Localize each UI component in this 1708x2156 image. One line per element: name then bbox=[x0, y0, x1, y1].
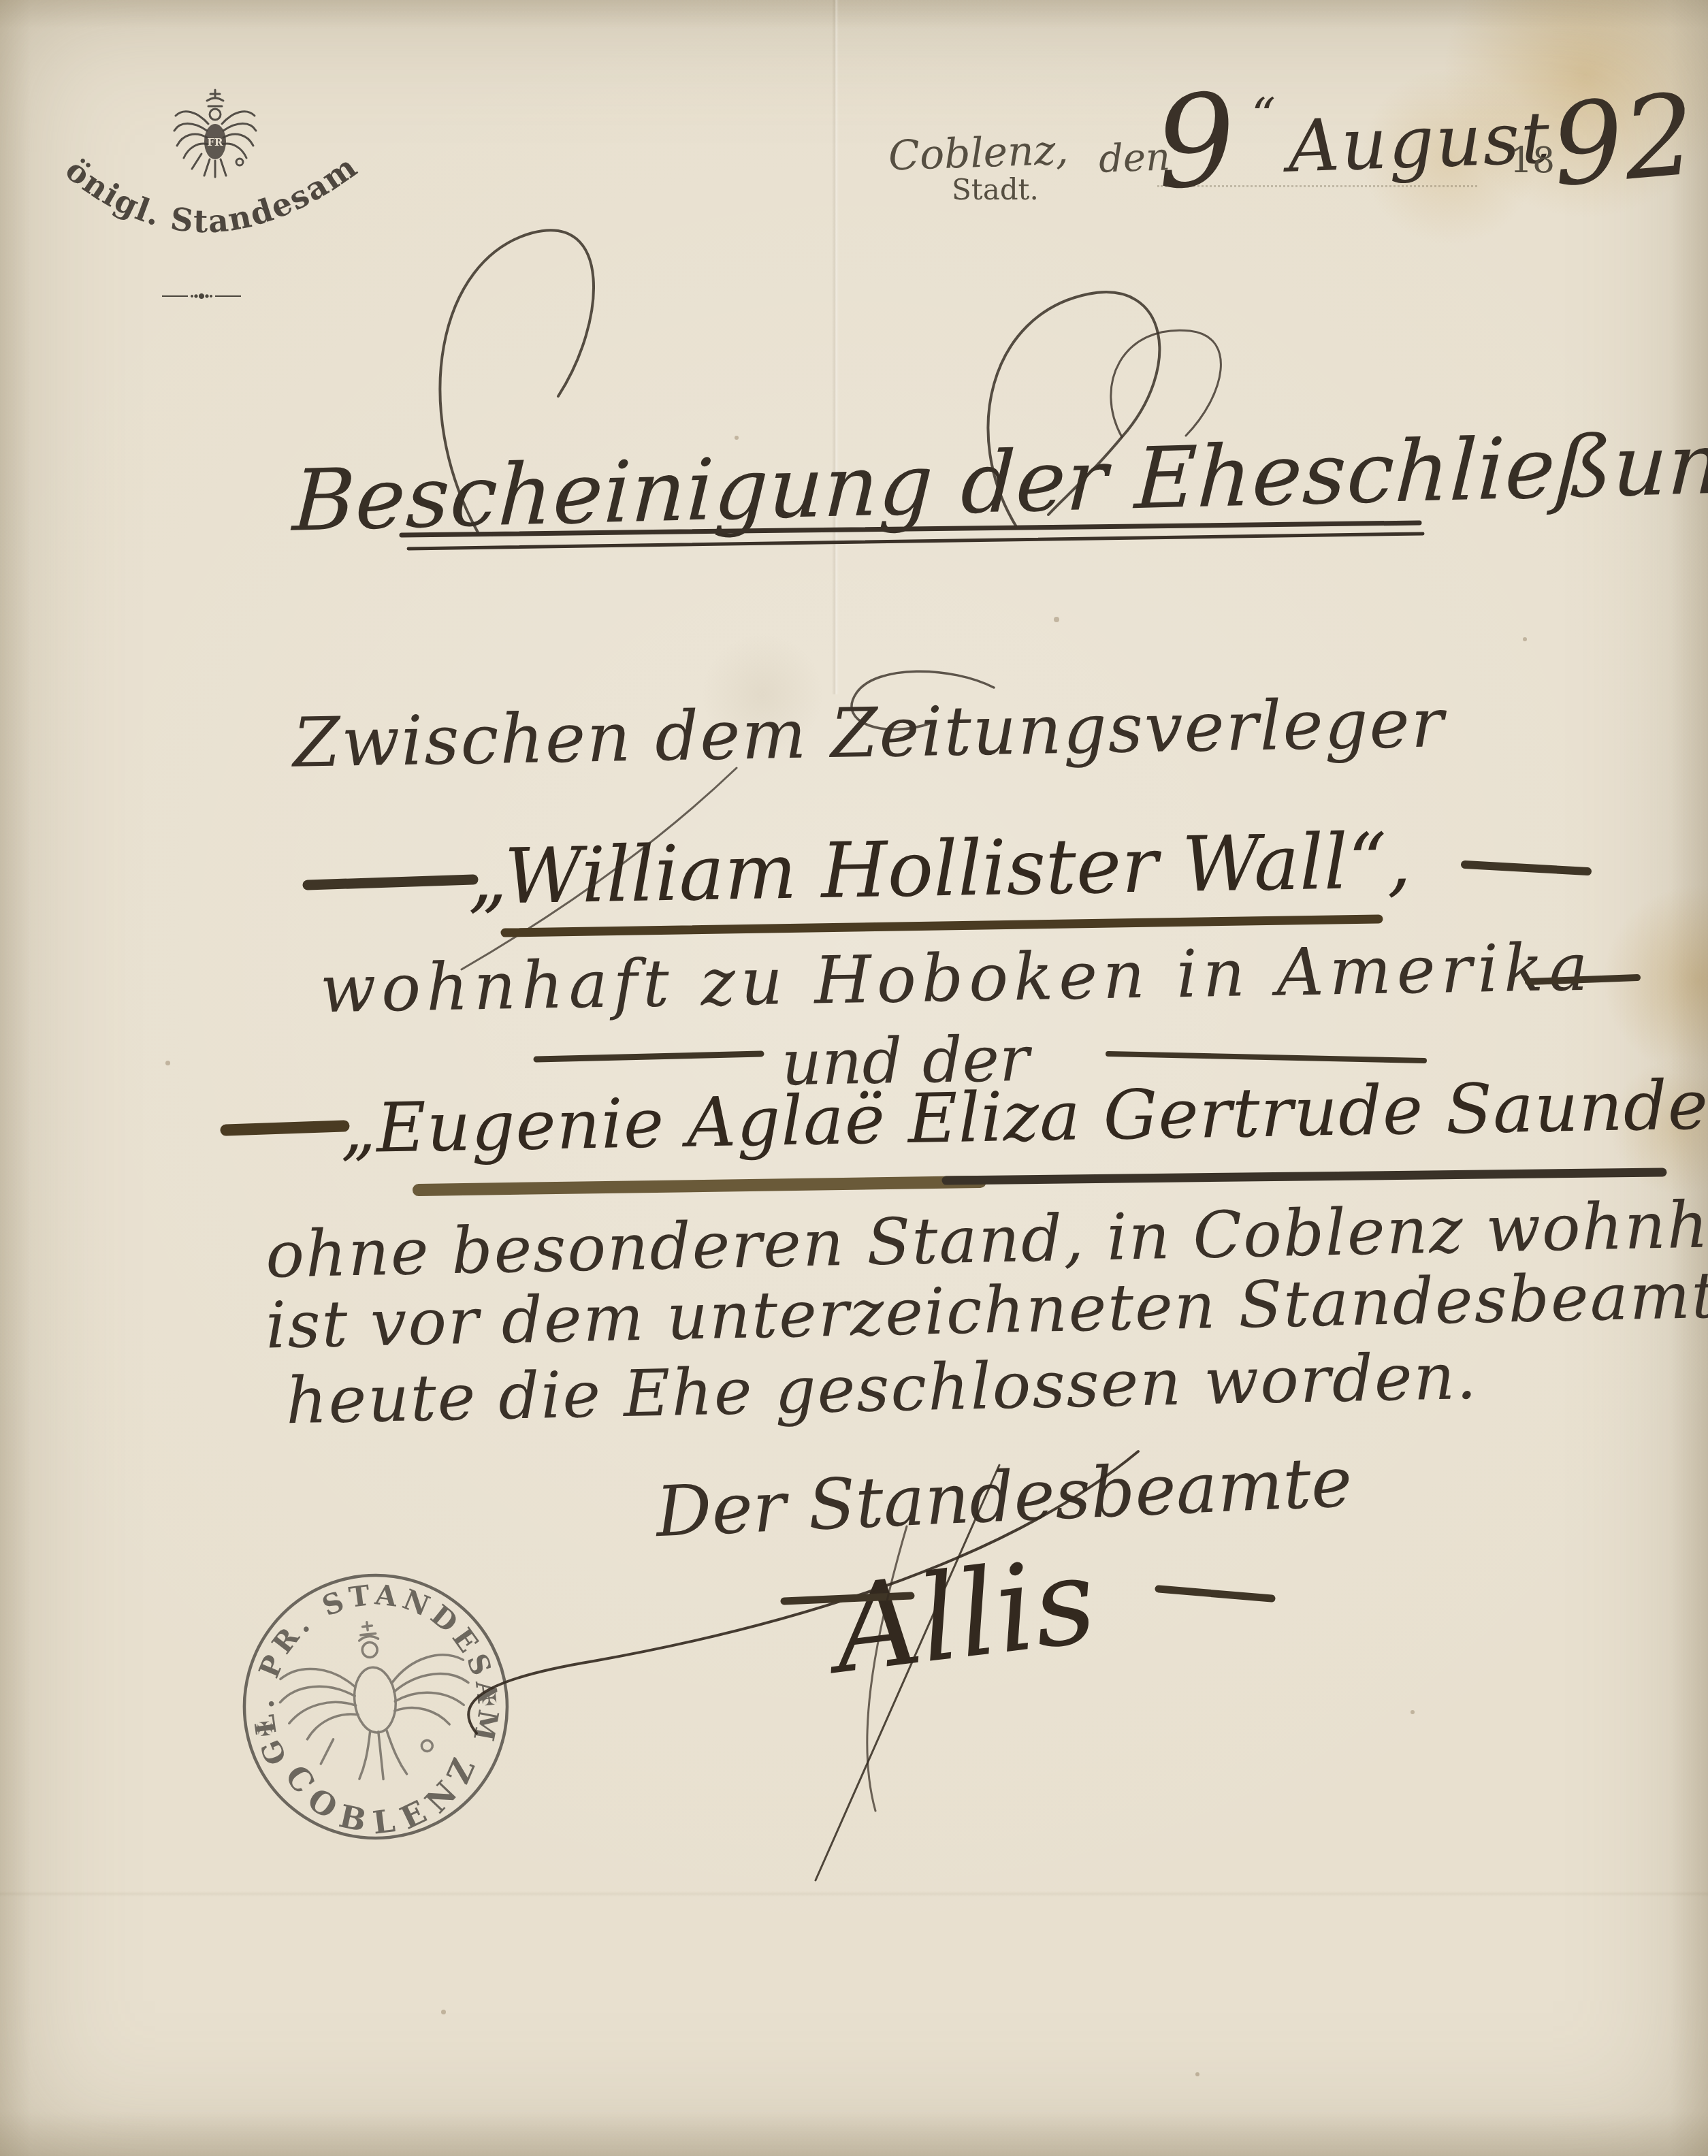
divider-dot bbox=[199, 293, 204, 298]
dateline-day: 9 bbox=[1151, 65, 1241, 218]
paper-speck bbox=[441, 2010, 446, 2014]
divider-dot bbox=[210, 295, 212, 297]
paper-speck bbox=[165, 1061, 170, 1065]
closing-role: Der Standesbeamte bbox=[598, 1439, 1411, 1556]
bride-underline-2 bbox=[946, 1172, 1662, 1180]
body-line-groom-residence: wohnhaft zu Hoboken in Amerika bbox=[319, 931, 1505, 1027]
divider-dot bbox=[206, 295, 208, 297]
stamp-eagle-crown bbox=[359, 1633, 378, 1641]
stamp-eagle-tail bbox=[355, 1728, 407, 1782]
document-title: Bescheinigung der Eheschließung. bbox=[291, 419, 1575, 550]
paper-speck bbox=[735, 436, 739, 440]
fold-crease-horizontal bbox=[0, 1891, 1708, 1897]
bride-underline-1 bbox=[419, 1182, 980, 1190]
svg-text:KGL. PR. STANDESAMT: KGL. PR. STANDESAMT bbox=[196, 1521, 509, 1777]
official-stamp: KGL. PR. STANDESAMT COBLENZ ✠ ✠ bbox=[213, 1544, 538, 1869]
letterhead-office-arc: Königl. Standesamt. bbox=[37, 133, 391, 310]
body-line-intro: Zwischen dem Zeitungsverleger bbox=[292, 686, 1287, 782]
divider-dot bbox=[195, 295, 197, 297]
dateline-day-mark: “ bbox=[1251, 87, 1276, 143]
stamp-eagle-head bbox=[361, 1641, 378, 1658]
stamp-eagle-orb bbox=[421, 1740, 434, 1752]
dateline-year: 92 bbox=[1547, 69, 1701, 212]
eagle-crown bbox=[207, 98, 223, 106]
dateline-place: Coblenz, bbox=[888, 126, 1069, 180]
groom-name-underline bbox=[505, 919, 1379, 933]
eagle-head bbox=[210, 109, 221, 120]
bride-name: „Eugenie Aglaë Eliza Gertrude Saunders“, bbox=[340, 1065, 1708, 1168]
title-flourish-e-loop-2 bbox=[1111, 330, 1221, 437]
groom-right-dash bbox=[1465, 865, 1588, 871]
und-der-right-dash bbox=[1108, 1054, 1424, 1061]
groom-name: „William Hollister Wall“, bbox=[442, 816, 1437, 922]
paper-speck bbox=[1054, 617, 1059, 622]
paper-speck bbox=[1195, 2072, 1199, 2076]
stamp-eagle-left-wing bbox=[277, 1664, 360, 1741]
stamp-arc-bottom-text: COBLENZ bbox=[276, 1739, 494, 1850]
registrar-signature: Allis bbox=[826, 1531, 1103, 1700]
marriage-certificate-page: FR Königl. Standesamt. Coblenz, den Stad… bbox=[0, 0, 1708, 2156]
stamp-eagle-right-wing bbox=[389, 1652, 472, 1730]
stamp-cross-left: ✠ bbox=[256, 1717, 274, 1741]
dateline-century: 18 bbox=[1510, 140, 1555, 181]
signature-right-dash bbox=[1159, 1589, 1272, 1598]
und-der-left-dash bbox=[536, 1054, 761, 1059]
stamp-eagle-body bbox=[351, 1665, 399, 1735]
letterhead-divider-ornament bbox=[162, 291, 241, 301]
stamp-arc-top-text: KGL. PR. STANDESAMT bbox=[196, 1521, 509, 1777]
divider-dot bbox=[191, 295, 193, 297]
bride-left-dash bbox=[226, 1126, 344, 1130]
svg-text:COBLENZ: COBLENZ bbox=[276, 1739, 494, 1850]
stamp-cross-right: ✠ bbox=[480, 1686, 498, 1710]
eagle-crown-cross bbox=[210, 90, 220, 98]
paper-speck bbox=[1411, 1710, 1415, 1714]
paper-speck bbox=[1523, 637, 1527, 641]
dateline-district: Stadt. bbox=[952, 173, 1039, 206]
fold-crease-vertical bbox=[832, 0, 839, 694]
stamp-eagle-crown-cross bbox=[362, 1622, 372, 1630]
stamp-eagle-sceptre bbox=[319, 1739, 336, 1764]
